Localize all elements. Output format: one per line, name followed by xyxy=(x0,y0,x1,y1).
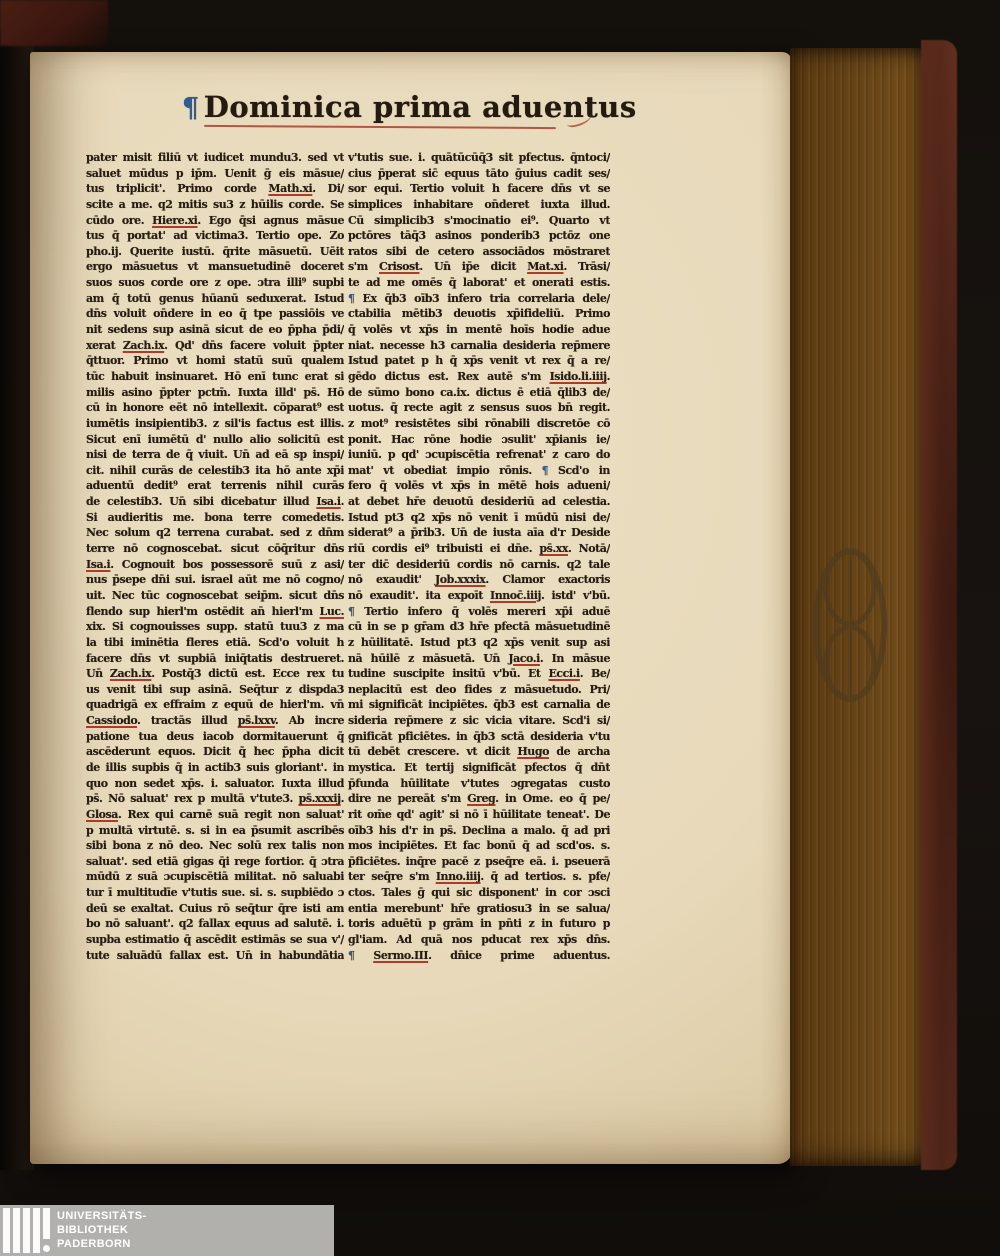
text-line: entia merebunt' hr̄e gratiosu3 in se sal… xyxy=(348,901,610,917)
text-line: dire ne pereāt s'm Greg. in Ome. eo q̄ p… xyxy=(348,791,610,807)
text-line: ctabilia mētib3 deuotis xp̄ifideliū. Pri… xyxy=(348,306,610,322)
text-line: sor equi. Tertio voluit h facere dn̄s vt… xyxy=(348,181,610,197)
text-line: de sūmo bono ca.ix. dictus ē etiā q̄lib3… xyxy=(348,385,610,401)
logo-bar xyxy=(23,1208,30,1253)
book-fore-edge xyxy=(790,48,924,1166)
text-line: z hūilitatē. Istud pt3 q2 xp̄s venit sup… xyxy=(348,635,610,651)
library-watermark: UNIVERSITÄTS- BIBLIOTHEK PADERBORN xyxy=(0,1205,334,1256)
text-line: cū in honore eēt nō intellexit. cōparat⁹… xyxy=(86,400,344,416)
text-line: cius p̄perat sic̄ equus tāto ḡuius cadit… xyxy=(348,166,610,182)
logo-bar xyxy=(13,1208,20,1253)
text-line: sideria rep̄mere z sic vicia vitare. Scd… xyxy=(348,713,610,729)
text-line: tute saluādū fallax est. Un̄ in habundāt… xyxy=(86,948,344,964)
text-line: te ad me omēs q̄ laborat' et onerati est… xyxy=(348,275,610,291)
text-line: niat. necesse h3 carnalia desideria rep̄… xyxy=(348,338,610,354)
page-heading: ¶Dominica prima aduentus xyxy=(182,90,602,132)
text-line: saluat'. sed etiā gigas q̄i rege fortior… xyxy=(86,854,344,870)
text-line: ter dic̄ desideriū cordis nō carnis. q2 … xyxy=(348,557,610,573)
text-line: cū in se p gr̄am d3 hr̄e pfectā māsuetud… xyxy=(348,619,610,635)
book-cover-right-edge xyxy=(921,40,957,1170)
text-line: la tibi iminētia fleres etiā. Scd'o volu… xyxy=(86,635,344,651)
text-line: sibi bona z nō deo. Nec solū rex talis n… xyxy=(86,838,344,854)
text-line: scite a me. q2 mitis su3 z hūilis corde.… xyxy=(86,197,344,213)
text-line: tus q̄ portat' ad victima3. Tertio ope. … xyxy=(86,228,344,244)
text-line: nō exaudit'. ita expoīt Innoc̄.iiij. ist… xyxy=(348,588,610,604)
text-line: uit. Nec tūc cognoscebat seip̄m. sicut d… xyxy=(86,588,344,604)
text-line: deū se exaltat. Cuius rō seq̄tur q̄re is… xyxy=(86,901,344,917)
text-line: aduentū dedit⁹ erat terrenis nihil curās xyxy=(86,478,344,494)
text-line: ponit. Hac rōne hodie ɔsulit' xp̄ianis i… xyxy=(348,432,610,448)
text-line: milis asino p̄pter pctm̄. Iuxta illd' ps… xyxy=(86,385,344,401)
heading-rubric-underline xyxy=(204,125,556,129)
library-logo-icon xyxy=(0,1205,50,1256)
book-spine-edge xyxy=(0,30,34,1170)
text-line: cit. nihil curās de celestib3 ita hō ant… xyxy=(86,463,344,479)
text-line: us venit tibi sup asinā. Seq̄tur z dispd… xyxy=(86,682,344,698)
text-line: Un̄ Zach.ix. Postq̄3 dictū est. Ecce rex… xyxy=(86,666,344,682)
text-line: nā hūilē z māsuetā. Un̄ Jaco.i. In māsue xyxy=(348,651,610,667)
text-column-left: pater misit filiū vt iudicet mundu3. sed… xyxy=(86,150,344,963)
text-line: p̄ficiētes. inq̄re pacē z pseq̄re eā. i.… xyxy=(348,854,610,870)
text-line: rit om̄e qd' agit' si nō ī hūilitate ten… xyxy=(348,807,610,823)
book-page: ¶Dominica prima aduentus pater misit fil… xyxy=(30,52,792,1164)
text-line: bo nō saluant'. q2 fallax equus ad salut… xyxy=(86,916,344,932)
text-line: uotus. q̄ recte agit z sensus suos bn̄ r… xyxy=(348,400,610,416)
library-name-line: BIBLIOTHEK xyxy=(57,1223,147,1237)
text-line: q̄ttuor. Primo vt homi statū suū qualem xyxy=(86,353,344,369)
text-line: Istud patet p h q̄ xp̄s venit vt rex q̄ … xyxy=(348,353,610,369)
library-name-line: PADERBORN xyxy=(57,1237,147,1251)
library-name: UNIVERSITÄTS- BIBLIOTHEK PADERBORN xyxy=(57,1209,147,1251)
text-line: quadrigā ex effraim z equū de hierl'm. v… xyxy=(86,697,344,713)
text-line: v'tutis sue. i. quātūcūq̄3 sit pfectus. … xyxy=(348,150,610,166)
text-line: terre nō cognoscebat. sicut cōq̄ritur dn… xyxy=(86,541,344,557)
text-line: Glosa. Rex qui carnē suā regit non salua… xyxy=(86,807,344,823)
text-line: tus triplicit'. Primo corde Math.xi. Di/ xyxy=(86,181,344,197)
text-line: gnificāt pficiētes. in q̄b3 sctā desider… xyxy=(348,729,610,745)
text-line: ctos. Tales ḡ qui sic disponent' in cor … xyxy=(348,885,610,901)
text-line: ps̄. Nō saluat' rex p multā v'tute3. ps̄… xyxy=(86,791,344,807)
text-line: fero q̄ volēs vt xp̄s in mētē hois aduen… xyxy=(348,478,610,494)
text-line: nisi de terra de q̄ viuit. Un̄ ad eā sp … xyxy=(86,447,344,463)
text-line: z mot⁹ resistētes sibi rōnabili discretō… xyxy=(348,416,610,432)
book-photo-backdrop: ¶Dominica prima aduentus pater misit fil… xyxy=(0,0,1000,1256)
text-line: Sicut enī iumētū d' nullo alio solicitū … xyxy=(86,432,344,448)
text-column-right: v'tutis sue. i. quātūcūq̄3 sit pfectus. … xyxy=(348,150,610,963)
text-line: Cassiodo. tractās illud ps̄.lxxv. Ab inc… xyxy=(86,713,344,729)
text-line: Nec solum q2 terrena curabat. sed z dn̄m xyxy=(86,525,344,541)
text-line: de illis supbis q̄ in actib3 suis gloria… xyxy=(86,760,344,776)
text-line: mat' vt obediat impio rōnis. ¶ Scd'o in xyxy=(348,463,610,479)
text-line: dn̄s voluit on̄dere in eo q̄ tpe passiōi… xyxy=(86,306,344,322)
text-line: pho.ij. Querite iustū. q̄rite māsuetū. U… xyxy=(86,244,344,260)
text-line: gēdo dictus est. Rex autē s'm Isido.li.i… xyxy=(348,369,610,385)
text-line: mi significāt incipiētes. q̄b3 est carna… xyxy=(348,697,610,713)
text-line: Istud pt3 q2 xp̄s nō venit ī mūdū nisi d… xyxy=(348,510,610,526)
text-line: pater misit filiū vt iudicet mundu3. sed… xyxy=(86,150,344,166)
text-line: ratos sibi de cetero associādos mōstrare… xyxy=(348,244,610,260)
text-line: Cū simplicib3 s'mocinatio ei⁹. Quarto vt xyxy=(348,213,610,229)
text-line: iuniū. p qd' ɔcupiscētia refrenat' z car… xyxy=(348,447,610,463)
logo-bar xyxy=(3,1208,10,1253)
text-line: am q̄ totū genus hūanū seduxerat. Istud xyxy=(86,291,344,307)
text-line: quo non sedet xp̄s. i. saluator. Iuxta i… xyxy=(86,776,344,792)
text-line: cūdo ore. Hiere.xi. Ego q̄si agnus māsue xyxy=(86,213,344,229)
text-line: nit sedens sup asinā sicut de eo p̄pha p… xyxy=(86,322,344,338)
text-line: ter seq̄re s'm Inno.iiij. q̄ ad tertios.… xyxy=(348,869,610,885)
text-line: xix. Si cognouisses supp. statū tuu3 z m… xyxy=(86,619,344,635)
logo-bar xyxy=(43,1208,50,1239)
text-line: Isa.i. Cognouit bos possessorē suū z asi… xyxy=(86,557,344,573)
text-line: at debet hr̄e deuotū desideriū ad celest… xyxy=(348,494,610,510)
text-line: tur ī multitudīe v'tutis sue. si. s. sup… xyxy=(86,885,344,901)
text-line: mūdū z suā ɔcupiscētiā militat. nō salua… xyxy=(86,869,344,885)
text-line: q̄ volēs vt xp̄s in mentē hoīs hodie adu… xyxy=(348,322,610,338)
text-line: pctōres tāq̄3 asinos ponderib3 pctōz one xyxy=(348,228,610,244)
text-line: mos incipiētes. Et fac bonū q̄ ad scd'os… xyxy=(348,838,610,854)
text-line: ¶ Sermo.III. dn̄ice prime aduentus. xyxy=(348,948,610,964)
text-line: riū cordis ei⁹ tribuisti ei dn̄e. ps̄.xx… xyxy=(348,541,610,557)
text-line: suos suos corde ore z ope. ɔtra illi⁹ su… xyxy=(86,275,344,291)
text-line: supba estimatio q̄ ascēdit estimās se su… xyxy=(86,932,344,948)
text-line: tū debēt crescere. vt dicit Hugo de arch… xyxy=(348,744,610,760)
text-line: saluet mūdus p ip̄m. Uenit ḡ eis māsue/ xyxy=(86,166,344,182)
text-line: nus p̄sepe dn̄i sui. israel aūt me nō co… xyxy=(86,572,344,588)
logo-bar xyxy=(33,1208,40,1253)
fore-edge-stamp-icon xyxy=(804,533,904,723)
text-line: p̄funda hūilitate v'tutes ɔgregatas cust… xyxy=(348,776,610,792)
text-line: Si audieritis me. bona terre comedetis. xyxy=(86,510,344,526)
text-line: toris aduētū p grām in pn̄ti z in futuro… xyxy=(348,916,610,932)
logo-exclamation-dot xyxy=(43,1245,50,1252)
text-line: de celestib3. Un̄ sibi dicebatur illud I… xyxy=(86,494,344,510)
text-line: ¶ Ex q̄b3 oīb3 infero tria correlaria de… xyxy=(348,291,610,307)
text-line: neplacitū est deo fides z māsuetudo. Pri… xyxy=(348,682,610,698)
text-line: ascēderunt equos. Dicit q̄ hec p̄pha dic… xyxy=(86,744,344,760)
text-line: oīb3 his d'r in ps̄. Declina a malo. q̄ … xyxy=(348,823,610,839)
book-cover-top-left xyxy=(0,0,108,46)
text-line: nō exaudit' Job.xxxix. Clamor exactoris xyxy=(348,572,610,588)
text-line: siderat⁹ a p̄rib3. Un̄ de iusta aīa d'r … xyxy=(348,525,610,541)
text-line: patione tua deus iacob dormitauerunt q̄ xyxy=(86,729,344,745)
text-line: ergo māsuetus vt mansuetudinē doceret xyxy=(86,259,344,275)
text-line: tudine suscipite insitū v'bū. Et Ecci.i.… xyxy=(348,666,610,682)
text-line: simplices inhabitare on̄deret iuxta illu… xyxy=(348,197,610,213)
text-line: iumētis insipientib3. z sil'is factus es… xyxy=(86,416,344,432)
text-line: mystica. Et tertij significāt pfectos q̄… xyxy=(348,760,610,776)
text-line: s'm Crisost. Un̄ ip̄e dicit Mat.xi. Trās… xyxy=(348,259,610,275)
text-line: gl'iam. Ad quā nos pducat rex xp̄s dn̄s. xyxy=(348,932,610,948)
library-name-line: UNIVERSITÄTS- xyxy=(57,1209,147,1223)
text-line: ¶ Tertio infero q̄ volēs mereri xp̄i adu… xyxy=(348,604,610,620)
text-line: flendo sup hierl'm ostēdit an̄ hierl'm L… xyxy=(86,604,344,620)
text-line: facere dn̄s vt supbiā iniq̄tatis destrue… xyxy=(86,651,344,667)
text-line: p multā virtutē. s. si in ea p̄sumit asc… xyxy=(86,823,344,839)
heading-pilcrow-icon: ¶ xyxy=(182,93,200,124)
text-line: tūc habuit insinuaret. Hō enī tunc erat … xyxy=(86,369,344,385)
text-line: xerat Zach.ix. Qd' dn̄s facere voluit p̄… xyxy=(86,338,344,354)
